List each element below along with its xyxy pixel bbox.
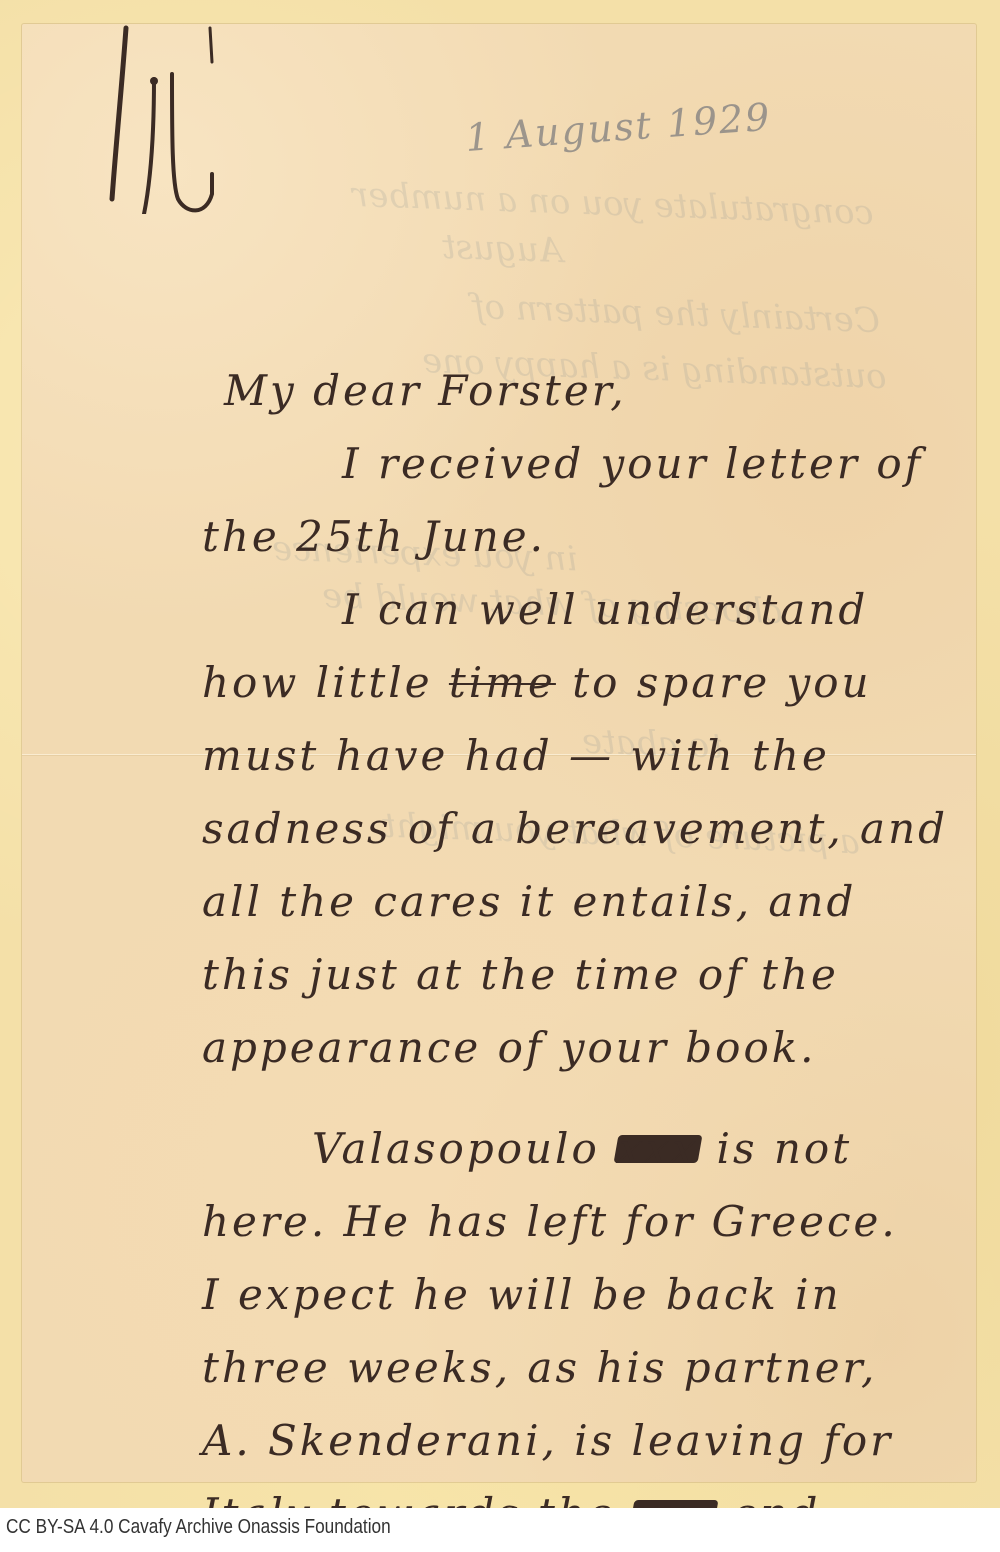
- license-caption: CC BY-SA 4.0 Cavafy Archive Onassis Foun…: [6, 1516, 391, 1539]
- letter-line: how little time to spare you: [202, 646, 962, 719]
- letter-line: here. He has left for Greece.: [202, 1185, 962, 1258]
- license-caption-bar: CC BY-SA 4.0 Cavafy Archive Onassis Foun…: [0, 1508, 1000, 1552]
- letter-line: I can well understand: [202, 573, 962, 646]
- letter-line: this just at the time of the: [202, 938, 962, 1011]
- letter-line: A. Skenderani, is leaving for: [202, 1404, 962, 1477]
- line-text: to spare you: [556, 658, 872, 707]
- letter-line: sadness of a bereavement, and: [202, 792, 962, 865]
- letter-line: the 25th June.: [202, 500, 962, 573]
- bleed-through-text: Certainly the pattern of: [471, 287, 880, 341]
- letter-date-pencil: 1 August 1929: [464, 95, 773, 160]
- letter-body: My dear Forster, I received your letter …: [202, 354, 962, 1550]
- bleed-through-text: August: [441, 227, 564, 271]
- line-text: how little: [202, 658, 449, 707]
- monogram-c-icon: [102, 24, 222, 214]
- scribbled-out-word: xxx: [614, 1135, 703, 1163]
- letter-line: appearance of your book.: [202, 1011, 962, 1084]
- struck-word: time: [449, 658, 556, 707]
- salutation: My dear Forster,: [202, 354, 962, 427]
- archive-mount-background: 1 August 1929 congratulate you on a numb…: [0, 0, 1000, 1508]
- document-viewer: 1 August 1929 congratulate you on a numb…: [0, 0, 1000, 1552]
- line-text: is not: [700, 1124, 852, 1173]
- letter-line: all the cares it entails, and: [202, 865, 962, 938]
- letter-page: 1 August 1929 congratulate you on a numb…: [22, 24, 976, 1482]
- letter-line: must have had — with the: [202, 719, 962, 792]
- letter-line: I received your letter of: [202, 427, 962, 500]
- bleed-through-text: congratulate you on a number: [351, 175, 874, 233]
- line-text: Valasopoulo: [312, 1124, 616, 1173]
- letter-line: Valasopoulo xxx is not: [202, 1112, 962, 1185]
- letter-line: I expect he will be back in: [202, 1258, 962, 1331]
- letter-line: three weeks, as his partner,: [202, 1331, 962, 1404]
